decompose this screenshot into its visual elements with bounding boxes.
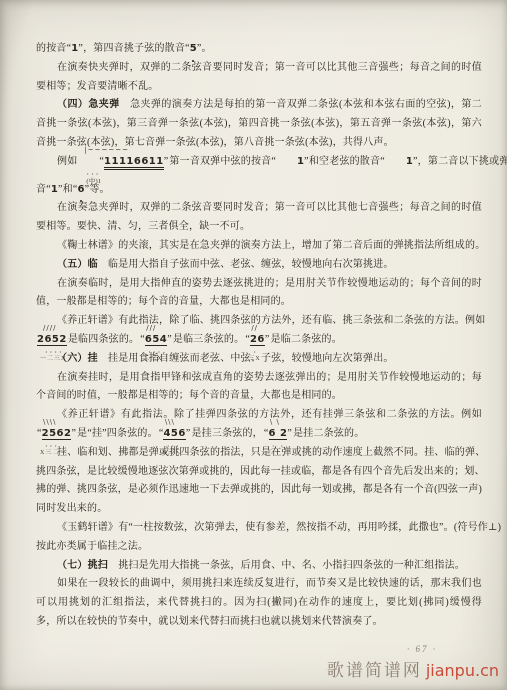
text-line: 多，所以在较快的节奏中，就以划来代替扫而挑扫也就以挑划来代替演奏了。 — [36, 613, 482, 632]
text-line: 挂、临和划、拂都是弹或挑四条弦的指法，只是在弹或挑的动作速度上截然不同。挂、临的… — [36, 444, 482, 463]
paragraph: （六）挂 挂是用食指自缠弦而老弦、中弦、子弦，较慢地向左次第弹出。 — [36, 350, 482, 369]
notation-digits: 11116611 — [104, 156, 164, 170]
text-line: 音“1”和“6”等。 — [36, 181, 482, 200]
text-line: 在演奏急夹弹时，双弹的二条弦音要同时发音；第一音可以比其他七音强些；每音之间的时… — [36, 199, 482, 218]
quoted-music-digit: “1” — [380, 156, 417, 167]
text-line: 可以用挑划的汇组指法，来代替挑扫的。因为扫(撇同)在动作的速度上，要比划(拂同)… — [36, 594, 482, 613]
notation-digits: 654 — [145, 334, 167, 346]
notation-group: “2562”\\\\···X三二一 — [37, 425, 76, 444]
text-line: 值，一般都是相等的；每个音的音量，大都也是相同的。 — [36, 293, 482, 312]
text-line: 《养正轩谱》有此指法。除了挂弹四条弦的方法外，还有挂弹三条弦和二条弦的方法。例如 — [36, 406, 482, 425]
notation-digits: 26 — [250, 334, 265, 346]
quoted-music-digit: “6” — [73, 184, 89, 195]
page-number: · 67 · — [407, 644, 437, 654]
paragraph: 《养正轩谱》有此指法，除了临、挑四条弦的方法外，还有临、挑三条弦和二条弦的方法。… — [36, 312, 482, 350]
watermark: 歌谱简谱网jianpu.cn — [327, 656, 499, 681]
text-line: 在演奏挂时，是用食指甲锋和弦成直角的姿势去逐弦弹出的；是用肘关节作较慢地运动的；… — [36, 369, 482, 388]
section-heading: （四）急夹弹 — [57, 99, 120, 110]
text-line: 挑四条弦，是比较缓慢地逐弦次第弹或挑的，因此每一挂或临，都是各有四个音先后发出来… — [36, 463, 482, 482]
paragraph: 《养正轩谱》有此指法。除了挂弹四条弦的方法外，还有挂弹三条弦和二条弦的方法。例如… — [36, 406, 482, 444]
text-line: 要相等。要快、清、匀，三者俱全，缺一不可。 — [36, 218, 482, 237]
text-line: 在演奏临时，是用大指伸直的姿势去逐弦挑进的；是用肘关节作较慢地运动的；每个音间的… — [36, 275, 482, 294]
octave-dots: ··· — [86, 173, 100, 177]
text-line: （六）挂 挂是用食指自缠弦而老弦、中弦、子弦，较慢地向左次第弹出。 — [36, 350, 482, 369]
paragraph: 在演奏临时，是用大指伸直的姿势去逐弦挑进的；是用肘关节作较慢地运动的；每个音间的… — [36, 275, 482, 313]
text-line: 的按音“1”，第四音挑子弦的散音“5”。 — [36, 40, 482, 59]
music-digit: 1 — [71, 40, 78, 59]
paragraph: 《鞠士林谱》的夹滚，其实是在急夹弹的演奏方法上，增加了第二音后面的弹挑指法所组成… — [36, 237, 482, 256]
music-digit: 1 — [385, 153, 413, 172]
stroke-marks-above: // — [251, 325, 258, 331]
text-line: （五）临 临是用大指自子弦而中弦、老弦、缠弦，较慢地向右次第挑进。 — [36, 256, 482, 275]
notation-group: “11116611”|~~~~~~···(中)1 — [78, 153, 168, 172]
stroke-marks-above: |~~~~~~ — [84, 147, 129, 153]
notation-group: 2652////····一二三X — [37, 331, 67, 350]
stroke-marks-above: \ \ — [270, 419, 280, 425]
stroke-marks-above: //// — [43, 325, 56, 331]
watermark-site-name: 歌谱简谱网 — [327, 661, 422, 680]
notation-group: “26”//·三X — [245, 331, 269, 350]
text-line: 在演奏快夹弹时，双弹的二条弦音要同时发音；第一音可以比其他三音强些；每音之间的时… — [36, 59, 482, 78]
paragraph: （五）临 临是用大指自子弦而中弦、老弦、缠弦，较慢地向右次第挑进。 — [36, 256, 482, 275]
section-heading: （六）挂 — [57, 353, 98, 364]
quoted-music-digit: “1” — [271, 156, 308, 167]
text-line: “2562”\\\\···X三二一是“挂”四条弦的。“456”\\\···X三二… — [36, 425, 482, 444]
text-line: 同时发出来的。 — [36, 500, 482, 519]
text-line: 《玉鹤轩谱》有“一柱按数弦，次第弹去，使有参差，然按指不动，再用吟揉，此撒也”。… — [36, 519, 482, 538]
notation-digits: 2562 — [42, 428, 72, 440]
text-line: 音挑一条弦(本弦)，第三音弹一条弦(本弦)，第四音挑一条弦(本弦)，第五音弹一条… — [36, 115, 482, 134]
section-heading: （五）临 — [57, 259, 98, 270]
paragraph: 的按音“1”，第四音挑子弦的散音“5”。 — [36, 40, 482, 59]
stroke-marks-above: \\\ — [165, 419, 175, 425]
paragraph: 《玉鹤轩谱》有“一柱按数弦，次第弹去，使有参差，然按指不动，再用吟揉，此撒也”。… — [36, 519, 482, 557]
music-digit: 6 — [78, 181, 85, 200]
notation-group: “6 2”\ \· ·二一 — [264, 425, 292, 444]
text-line: 2652////····一二三X是临四条弦的。“654”///···二三X是临三… — [36, 331, 482, 350]
music-digit: 5 — [190, 40, 197, 59]
notation-digits: 6 2 — [269, 428, 288, 440]
stroke-marks-above: /// — [146, 325, 156, 331]
notation-group: “654”///···二三X — [140, 331, 172, 350]
music-digit: 1 — [276, 153, 304, 172]
music-digit: 1 — [51, 181, 58, 200]
paragraph: 挂、临和划、拂都是弹或挑四条弦的指法，只是在弹或挑的动作速度上截然不同。挂、临的… — [36, 444, 482, 519]
paragraph: 例如“11116611”|~~~~~~···(中)1第一音双弹中弦的按音“1”和… — [36, 153, 482, 200]
paragraph: 如果在一段较长的曲调中，须用挑扫来连续反复进行，而节奏又是比较快速的话，那末我们… — [36, 575, 482, 631]
text-line: 《鞠士林谱》的夹滚，其实是在急夹弹的演奏方法上，增加了第二音后面的弹挑指法所组成… — [36, 237, 482, 256]
text-line: （七）挑扫 挑扫是先用大指挑一条弦，后用食、中、名、小指扫四条弦的一种汇组指法。 — [36, 557, 482, 576]
notation-digits: 2652 — [37, 334, 67, 346]
paragraph: 在演奏挂时，是用食指甲锋和弦成直角的姿势去逐弦弹出的；是用肘关节作较慢地运动的；… — [36, 369, 482, 407]
text-line: 例如“11116611”|~~~~~~···(中)1第一音双弹中弦的按音“1”和… — [36, 153, 482, 172]
text-line: 如果在一段较长的曲调中，须用挑扫来连续反复进行，而节奏又是比较快速的话，那末我们… — [36, 575, 482, 594]
text-line: 《养正轩谱》有此指法，除了临、挑四条弦的方法外，还有临、挑三条弦和二条弦的方法。… — [36, 312, 482, 331]
section-heading: （七）挑扫 — [57, 560, 108, 571]
quoted-music-digit: “1” — [67, 43, 83, 54]
stroke-marks-above: \\\\ — [43, 419, 56, 425]
notation-group: “456”\\\···X三二 — [159, 425, 191, 444]
notation-digits: 456 — [163, 428, 185, 440]
text-line: 按此亦类属于临挂之法。 — [36, 538, 482, 557]
text-line: 个音间的时值，一般都是相等的；每个音的音量，大都也是相同的。 — [36, 387, 482, 406]
paragraph: 在演奏快夹弹时，双弹的二条弦音要同时发音；第一音可以比其他三音强些；每音之间的时… — [36, 59, 482, 97]
scanned-page: 的按音“1”，第四音挑子弦的散音“5”。在演奏快夹弹时，双弹的二条弦音要同时发音… — [0, 0, 507, 690]
text-block: 的按音“1”，第四音挑子弦的散音“5”。在演奏快夹弹时，双弹的二条弦音要同时发音… — [36, 40, 482, 632]
paragraph: （四）急夹弹 急夹弹的演奏方法是每拍的第一音双弹二条弦(本弦和本弦右面的空弦)，… — [36, 96, 482, 152]
text-line: 拂的弹、挑四条弦，是必须作迅速地一下去弹或挑的，因此每一划或拂，都是各有一个音(… — [36, 481, 482, 500]
text-line: （四）急夹弹 急夹弹的演奏方法是每拍的第一音双弹二条弦(本弦和本弦右面的空弦)，… — [36, 96, 482, 115]
paragraph: 在演奏急夹弹时，双弹的二条弦音要同时发音；第一音可以比其他七音强些；每音之间的时… — [36, 199, 482, 237]
quoted-music-digit: “1” — [46, 184, 62, 195]
paragraph: （七）挑扫 挑扫是先用大指挑一条弦，后用食、中、名、小指扫四条弦的一种汇组指法。 — [36, 557, 482, 576]
text-line: 要相等；发音要清晰不乱。 — [36, 78, 482, 97]
quoted-music-digit: “5” — [185, 43, 201, 54]
watermark-domain-link[interactable]: jianpu.cn — [426, 661, 499, 680]
